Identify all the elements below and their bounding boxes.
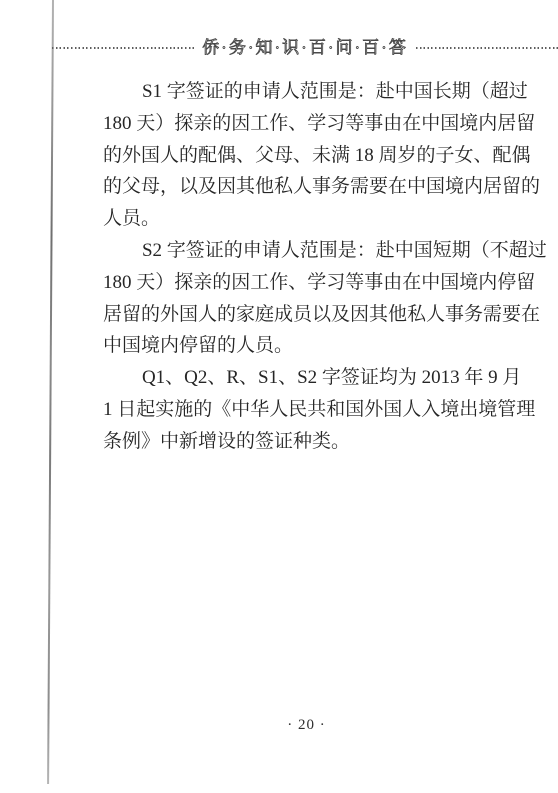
text-line: 180 天）探亲的因工作、学习等事由在中国境内居留 — [103, 108, 510, 140]
paragraph-visa-regulation: Q1、Q2、R、S1、S2 字签证均为 2013 年 9 月 1 日起实施的《中… — [103, 362, 510, 457]
paragraph-s2-visa: S2 字签证的申请人范围是：赴中国短期（不超过 180 天）探亲的因工作、学习等… — [103, 235, 510, 362]
text-line: 条例》中新增设的签证种类。 — [103, 426, 510, 458]
text-line: S2 字签证的申请人范围是：赴中国短期（不超过 — [103, 235, 510, 267]
text-line: 的外国人的配偶、父母、未满 18 周岁的子女、配偶 — [103, 140, 510, 172]
book-page: 侨·务·知·识·百·问·百·答 S1 字签证的申请人范围是：赴中国长期（超过 1… — [0, 0, 558, 793]
paragraph-s1-visa: S1 字签证的申请人范围是：赴中国长期（超过 180 天）探亲的因工作、学习等事… — [103, 76, 510, 235]
text-line: 居留的外国人的家庭成员以及因其他私人事务需要在 — [103, 299, 510, 331]
text-line: 的父母，以及因其他私人事务需要在中国境内居留的 — [103, 171, 510, 203]
text-line: 中国境内停留的人员。 — [103, 330, 510, 362]
text-line: 人员。 — [103, 203, 510, 235]
dotted-rule-right — [416, 47, 558, 49]
dotted-rule-left — [52, 47, 194, 49]
text-line: Q1、Q2、R、S1、S2 字签证均为 2013 年 9 月 — [103, 362, 510, 394]
text-line: S1 字签证的申请人范围是：赴中国长期（超过 — [103, 76, 510, 108]
header-title: 侨·务·知·识·百·问·百·答 — [202, 37, 408, 59]
scan-edge-line — [47, 0, 54, 784]
text-line: 1 日起实施的《中华人民共和国外国人入境出境管理 — [103, 394, 510, 426]
running-header: 侨·务·知·识·百·问·百·答 — [52, 37, 558, 59]
page-number: · 20 · — [103, 717, 510, 734]
body-text: S1 字签证的申请人范围是：赴中国长期（超过 180 天）探亲的因工作、学习等事… — [103, 76, 510, 458]
text-line: 180 天）探亲的因工作、学习等事由在中国境内停留 — [103, 267, 510, 299]
